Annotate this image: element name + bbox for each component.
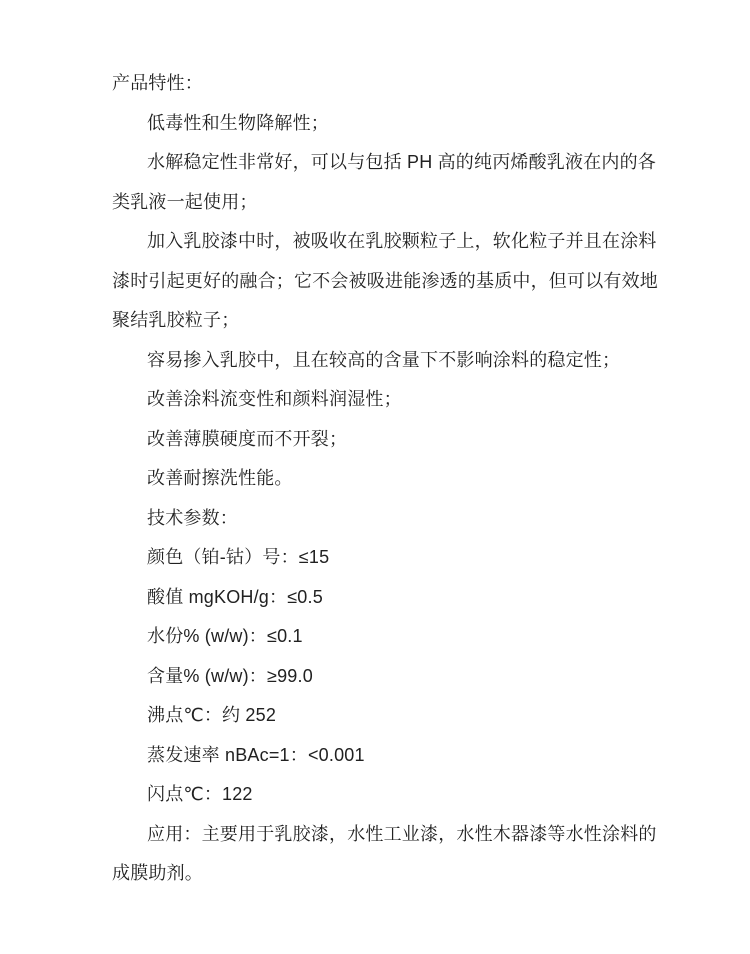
text-line: 酸值 mgKOH/g：≤0.5 <box>112 578 680 618</box>
text-line: 改善薄膜硬度而不开裂； <box>112 420 680 460</box>
text-line: 闪点℃：122 <box>112 775 680 815</box>
document-page: 产品特性：低毒性和生物降解性；水解稳定性非常好，可以与包括 PH 高的纯丙烯酸乳… <box>0 0 750 954</box>
text-line: 成膜助剂。 <box>112 854 680 894</box>
text-line: 低毒性和生物降解性； <box>112 104 680 144</box>
text-line: 水份% (w/w)：≤0.1 <box>112 617 680 657</box>
text-line: 蒸发速率 nBAc=1：<0.001 <box>112 736 680 776</box>
text-line: 颜色（铂-钴）号：≤15 <box>112 538 680 578</box>
text-line: 容易掺入乳胶中，且在较高的含量下不影响涂料的稳定性； <box>112 341 680 381</box>
text-line: 类乳液一起使用； <box>112 183 680 223</box>
text-line: 沸点℃：约 252 <box>112 696 680 736</box>
text-line: 技术参数： <box>112 499 680 539</box>
text-line: 产品特性： <box>112 64 680 104</box>
text-line: 漆时引起更好的融合；它不会被吸进能渗透的基质中，但可以有效地 <box>112 262 680 302</box>
text-line: 水解稳定性非常好，可以与包括 PH 高的纯丙烯酸乳液在内的各 <box>112 143 680 183</box>
text-line: 加入乳胶漆中时，被吸收在乳胶颗粒子上，软化粒子并且在涂料 <box>112 222 680 262</box>
text-line: 改善耐擦洗性能。 <box>112 459 680 499</box>
document-body: 产品特性：低毒性和生物降解性；水解稳定性非常好，可以与包括 PH 高的纯丙烯酸乳… <box>0 0 750 894</box>
text-line: 聚结乳胶粒子； <box>112 301 680 341</box>
text-line: 改善涂料流变性和颜料润湿性； <box>112 380 680 420</box>
text-line: 含量% (w/w)：≥99.0 <box>112 657 680 697</box>
text-line: 应用：主要用于乳胶漆，水性工业漆，水性木器漆等水性涂料的 <box>112 815 680 855</box>
